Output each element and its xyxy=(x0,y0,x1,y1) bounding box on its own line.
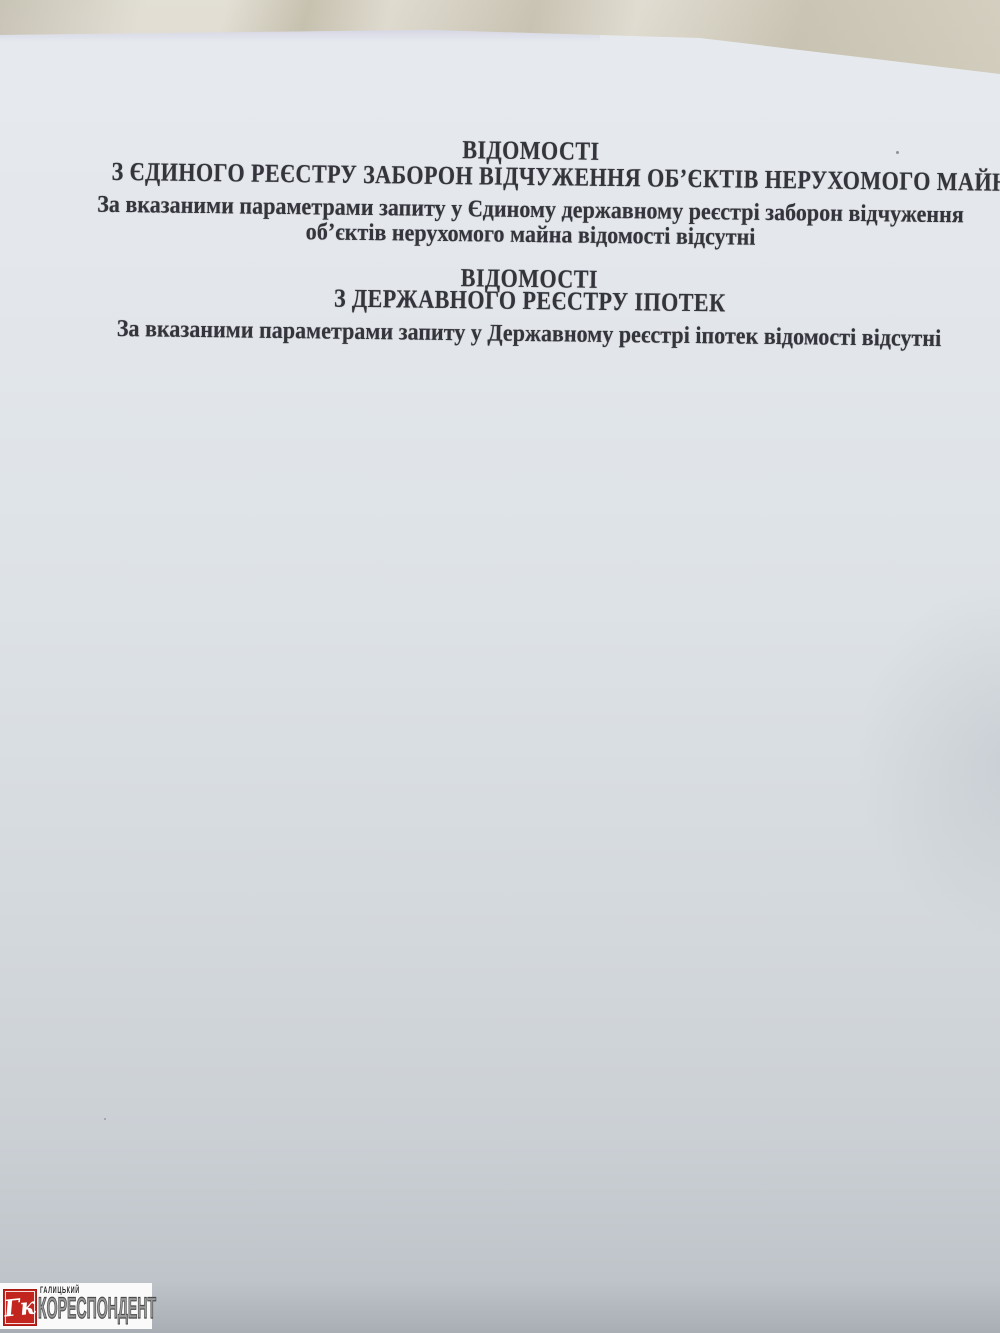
section1-body-line2-text: об’єктів нерухомого майна відомості відс… xyxy=(305,219,755,250)
document-text-block: ВІДОМОСТІ З ЄДИНОГО РЕЄСТРУ ЗАБОРОН ВІДЧ… xyxy=(27,0,1000,506)
section2-body-line1-text: За вказаними параметрами запиту у Держав… xyxy=(117,316,942,352)
paper-sheet: ВІДОМОСТІ З ЄДИНОГО РЕЄСТРУ ЗАБОРОН ВІДЧ… xyxy=(0,0,1000,1333)
brand-name-large: КОРЕСПОНДЕНТ xyxy=(38,1294,156,1324)
gk-logo-badge: Гк xyxy=(3,1289,37,1326)
publisher-watermark: Гк ГАЛИЦЬКИЙ КОРЕСПОНДЕНТ xyxy=(0,1283,152,1329)
gk-logo-inner-frame: Гк xyxy=(5,1291,35,1324)
section2-title-line2-text: З ДЕРЖАВНОГО РЕЄСТРУ ІПОТЕК xyxy=(333,286,725,317)
section2-body-line1: За вказаними параметрами запиту у Держав… xyxy=(29,315,1000,353)
document-photo: ВІДОМОСТІ З ЄДИНОГО РЕЄСТРУ ЗАБОРОН ВІДЧ… xyxy=(0,0,1000,1333)
gk-monogram: Гк xyxy=(3,1294,37,1320)
paper-speck xyxy=(104,1118,106,1120)
paper-speck xyxy=(896,151,899,154)
